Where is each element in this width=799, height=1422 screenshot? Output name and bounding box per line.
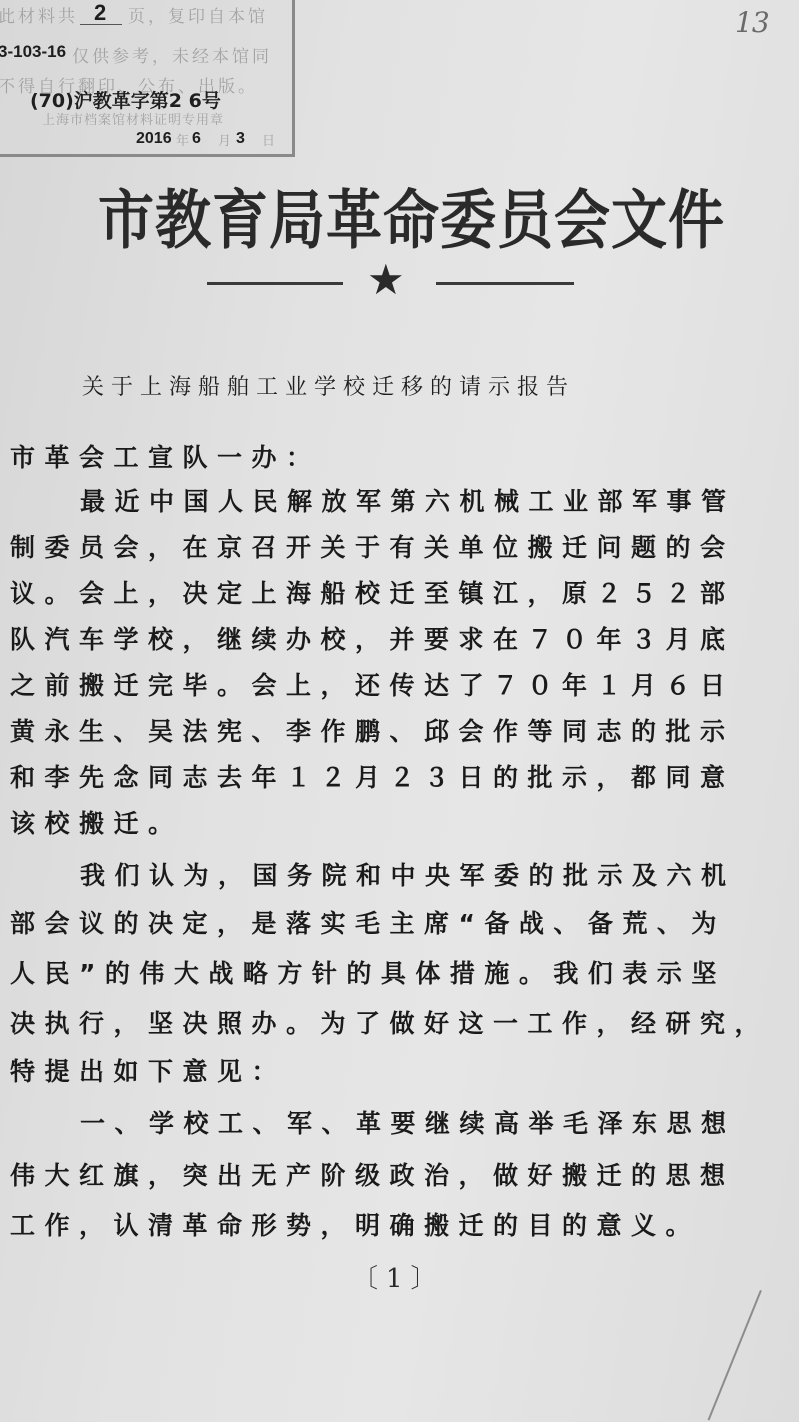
body-line: 制委员会，在京召开关于有关单位搬迁问题的会 [10, 528, 735, 564]
body-line: 一、学校工、军、革要继续高举毛泽东思想 [80, 1104, 736, 1140]
stamp-page-count: 2 [94, 0, 106, 26]
stamp-date-day-label: 日 [262, 130, 276, 149]
stamp-date-year: 2016 [136, 130, 172, 148]
stamp-date-year-label: 年 [176, 130, 190, 149]
stamp-line2-post: 仅供参考，未经本馆同 [72, 42, 272, 67]
stamp-name: 上海市档案馆材料证明专用章 [42, 109, 224, 128]
body-line: 最近中国人民解放军第六机械工业部军事管 [80, 482, 736, 518]
body-line: 工作，认清革命形势，明确搬迁的目的意义。 [10, 1206, 700, 1242]
body-line: 伟大红旗，突出无产阶级政治，做好搬迁的思想 [10, 1156, 735, 1192]
body-line: 决执行，坚决照办。为了做好这一工作，经研究， [10, 1004, 769, 1040]
handwritten-page-number: 13 [735, 6, 769, 39]
body-line: 我们认为，国务院和中央军委的批示及六机 [80, 856, 736, 892]
stamp-line1-post: 页，复印自本馆 [128, 2, 268, 27]
body-line: 之前搬迁完毕。会上，还传达了７０年１月６日 [10, 666, 735, 702]
body-line: 人民”的伟大战略方针的具体措施。我们表示坚 [10, 954, 726, 990]
pencil-mark [708, 1290, 762, 1421]
document-page: 此材料共 2 页，复印自本馆 3-103-16 仅供参考，未经本馆同 不得自行翻… [0, 0, 799, 1422]
body-line: 队汽车学校，继续办校，并要求在７０年３月底 [10, 620, 735, 656]
archive-stamp: 此材料共 2 页，复印自本馆 3-103-16 仅供参考，未经本馆同 不得自行翻… [0, 0, 295, 157]
body-line: 黄永生、吴法宪、李作鹏、邱会作等同志的批示 [10, 712, 735, 748]
body-line: 特提出如下意见： [10, 1052, 286, 1088]
stamp-date-month: 6 [192, 130, 201, 148]
body-line: 部会议的决定，是落实毛主席“备战、备荒、为 [10, 904, 726, 940]
body-line: 和李先念同志去年１２月２３日的批示，都同意 [10, 758, 735, 794]
stamp-line1-pre: 此材料共 [0, 2, 78, 27]
stamp-date-month-label: 月 [218, 130, 232, 149]
body-line: 议。会上，决定上海船校迁至镇江，原２５２部 [10, 574, 735, 610]
stamp-date-day: 3 [236, 130, 245, 148]
divider-line-left [207, 282, 343, 285]
document-subject: 关于上海船舶工业学校迁移的请示报告 [82, 370, 575, 401]
star-icon: ★ [367, 259, 405, 301]
issuer-title: 市教育局革命委员会文件 [98, 170, 698, 262]
divider-line-right [436, 282, 574, 285]
addressee: 市革会工宣队一办： [10, 438, 321, 474]
page-footer-number: 〔1〕 [352, 1258, 445, 1295]
stamp-file-number: 3-103-16 [0, 42, 66, 62]
body-line: 该校搬迁。 [10, 804, 183, 840]
